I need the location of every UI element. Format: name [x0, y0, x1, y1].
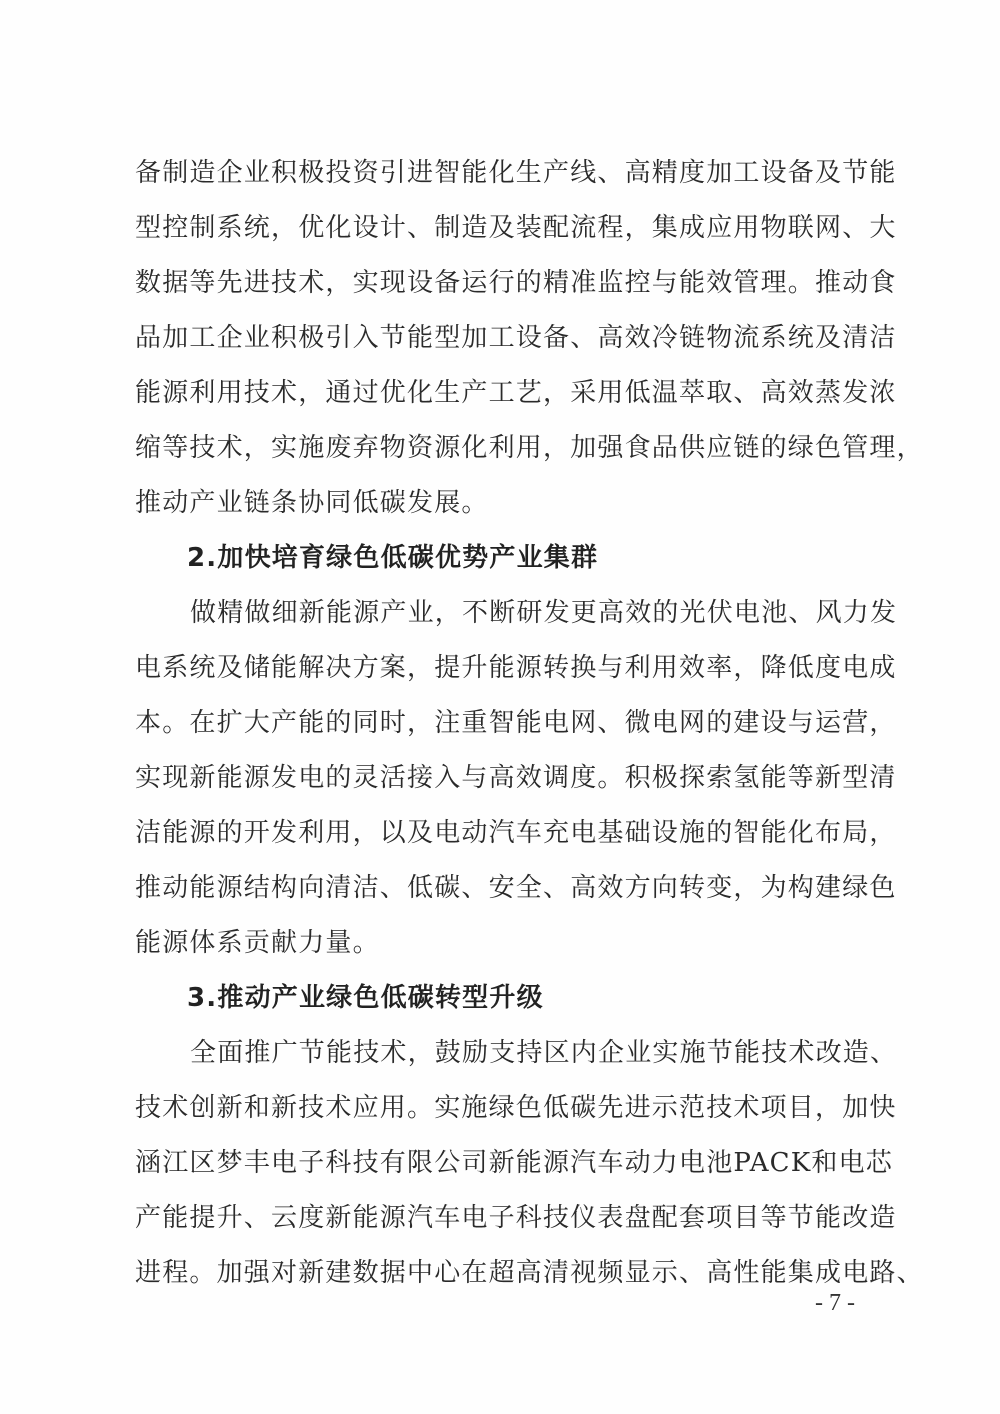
text-line: 涵江区梦丰电子科技有限公司新能源汽车动力电池PACK和电芯 [135, 1148, 880, 1178]
section-heading: 3.推动产业绿色低碳转型升级 [187, 983, 932, 1013]
text-line: 缩等技术，实施废弃物资源化利用，加强食品供应链的绿色管理， [135, 433, 880, 463]
text-line: 实现新能源发电的灵活接入与高效调度。积极探索氢能等新型清 [135, 763, 880, 793]
text-line: 做精做细新能源产业，不断研发更高效的光伏电池、风力发 [190, 598, 880, 628]
text-line: 产能提升、云度新能源汽车电子科技仪表盘配套项目等节能改造 [135, 1203, 880, 1233]
text-line: 进程。加强对新建数据中心在超高清视频显示、高性能集成电路、 [135, 1258, 880, 1288]
text-line: 能源体系贡献力量。 [135, 928, 880, 958]
section-heading: 2.加快培育绿色低碳优势产业集群 [187, 543, 932, 573]
text-line: 技术创新和新技术应用。实施绿色低碳先进示范技术项目，加快 [135, 1093, 880, 1123]
text-line: 洁能源的开发利用，以及电动汽车充电基础设施的智能化布局， [135, 818, 880, 848]
text-line: 品加工企业积极引入节能型加工设备、高效冷链物流系统及清洁 [135, 323, 880, 353]
text-line: 数据等先进技术，实现设备运行的精准监控与能效管理。推动食 [135, 268, 880, 298]
document-page: 备制造企业积极投资引进智能化生产线、高精度加工设备及节能型控制系统，优化设计、制… [0, 0, 1000, 1414]
text-line: 型控制系统，优化设计、制造及装配流程，集成应用物联网、大 [135, 213, 880, 243]
text-line: 推动能源结构向清洁、低碳、安全、高效方向转变，为构建绿色 [135, 873, 880, 903]
text-line: 推动产业链条协同低碳发展。 [135, 488, 880, 518]
page-number: - 7 - [815, 1290, 855, 1317]
text-line: 能源利用技术，通过优化生产工艺，采用低温萃取、高效蒸发浓 [135, 378, 880, 408]
text-line: 电系统及储能解决方案，提升能源转换与利用效率，降低度电成 [135, 653, 880, 683]
text-line: 全面推广节能技术，鼓励支持区内企业实施节能技术改造、 [190, 1038, 880, 1068]
text-line: 本。在扩大产能的同时，注重智能电网、微电网的建设与运营， [135, 708, 880, 738]
text-line: 备制造企业积极投资引进智能化生产线、高精度加工设备及节能 [135, 158, 880, 188]
